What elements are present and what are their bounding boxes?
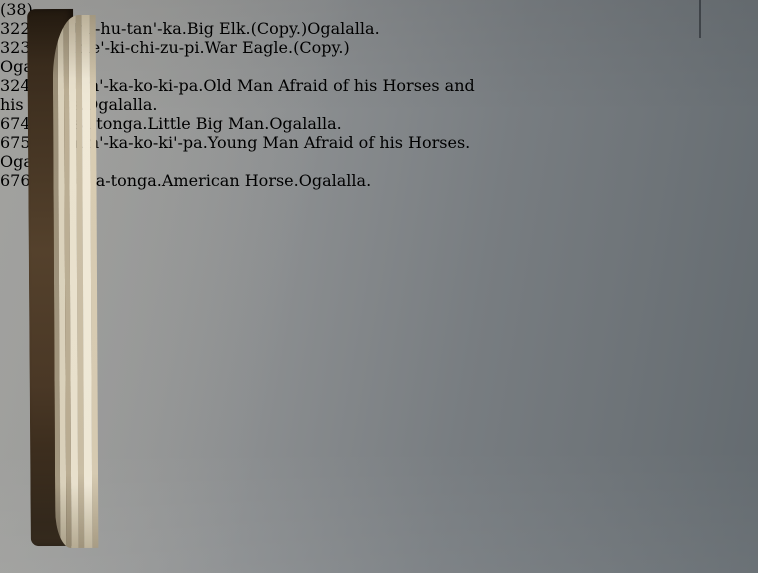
entry-english-name: War Eagle. xyxy=(205,38,293,57)
entry-tribe: Ogalalla. xyxy=(307,19,379,38)
catalog-entry-675: 675.Ta-shun'-ka-ko-ki'-pa.Young Man Afra… xyxy=(0,133,758,171)
catalog-entry-324: 324.Ta-shun'-ka-ko-ki-pa.Old Man Afraid … xyxy=(0,76,758,114)
catalog-entry-676: 676.Washi-ta-tonga.American Horse.Ogalal… xyxy=(0,171,758,190)
pencil-annotation: (38) xyxy=(0,0,758,19)
catalog-entry-323: 323.Wamble'-ki-chi-zu-pi.War Eagle.(Copy… xyxy=(0,38,758,76)
catalog-entry-322: 322.Chu-tu'-hu-tan'-ka.Big Elk.(Copy.)Og… xyxy=(0,19,758,38)
background-seam xyxy=(699,0,701,38)
entry-tribe: Ogalalla. xyxy=(269,114,341,133)
page-edges-stack xyxy=(53,15,108,548)
entry-english-name: Little Big Man. xyxy=(148,114,270,133)
entry-english-name: American Horse. xyxy=(162,171,299,190)
catalog-entry-674: 674.Cha-sa-tonga.Little Big Man.Ogalalla… xyxy=(0,114,758,133)
entry-copy-note: (Copy.) xyxy=(293,38,350,57)
catalog-label: 322.Chu-tu'-hu-tan'-ka.Big Elk.(Copy.)Og… xyxy=(0,19,758,190)
catalog-label-text: 322.Chu-tu'-hu-tan'-ka.Big Elk.(Copy.)Og… xyxy=(0,19,758,190)
entry-copy-note: (Copy.) xyxy=(251,19,308,38)
entry-tribe: Ogalalla. xyxy=(299,171,371,190)
entry-english-name: Big Elk. xyxy=(187,19,251,38)
entry-english-name: Young Man Afraid of his Horses. xyxy=(208,133,470,152)
entry-english-name: Old Man Afraid of his Horses and xyxy=(203,76,474,95)
photo-background: (38) 322.Chu-tu'-hu-tan'-ka.Big Elk.(Cop… xyxy=(0,0,758,573)
